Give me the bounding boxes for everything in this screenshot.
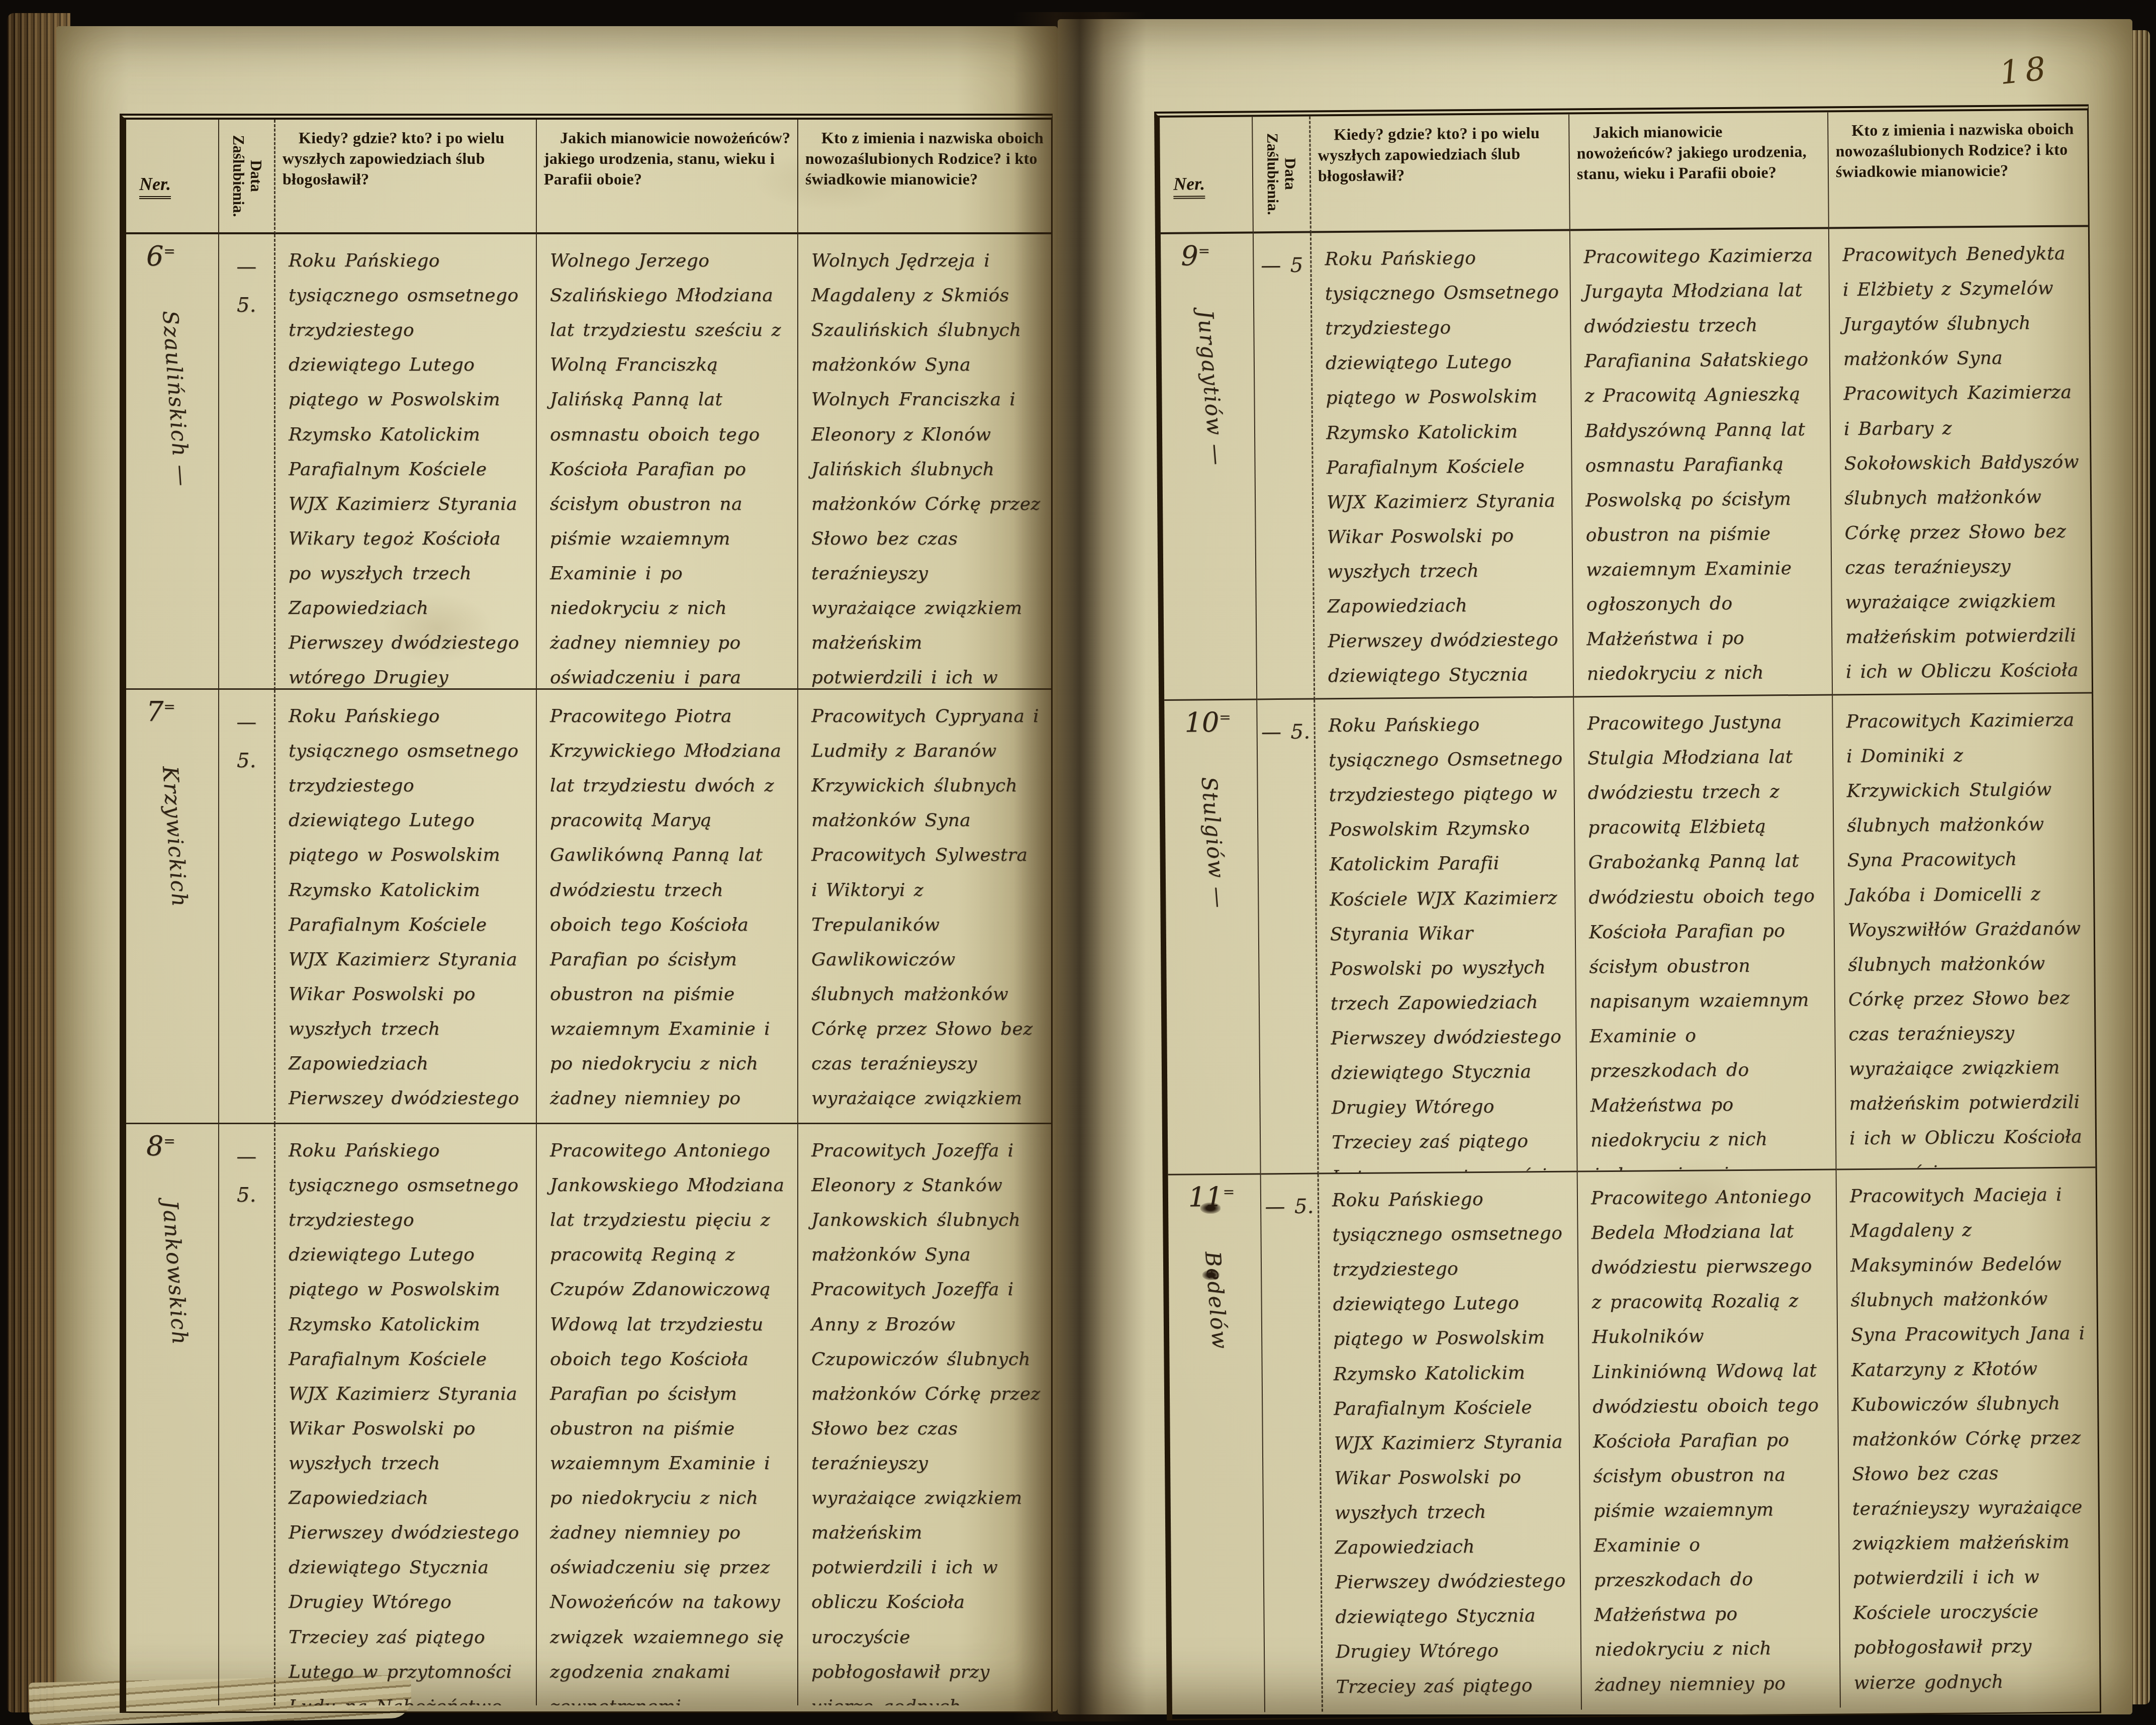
- record-9-jakich-text: Pracowitego Kazimierza Jurgayta Młodzian…: [1570, 229, 1833, 697]
- record-8-surname: Jankowskich: [158, 1200, 193, 1346]
- record-6-kto-text: Wolnych Jędrzeja i Magdaleny z Skmiós Sz…: [798, 234, 1051, 690]
- header-date-cell: Data Zaślubienia.: [219, 120, 275, 234]
- header-kiedy-cell-right: Kiedy? gdzie? kto? i po wielu wyszłych z…: [1310, 115, 1570, 233]
- header-jakich-cell: Jakich mianowicie nowożeńców? jakiego ur…: [537, 120, 798, 234]
- record-7-kiedy-text: Roku Pańskiego tysiącznego osmsetnego tr…: [275, 690, 537, 1124]
- record-8-jakich-text: Pracowitego Antoniego Jankowskiego Młodz…: [537, 1124, 798, 1705]
- header-jakich-cell-right: Jakich mianowicie nowożeńców? jakiego ur…: [1569, 112, 1829, 231]
- record-11-ner-cell: 11= Bedelów: [1168, 1174, 1265, 1712]
- record-8-number: 8=: [146, 1130, 174, 1162]
- folio-number: 18: [1998, 50, 2052, 92]
- record-9-ner-cell: 9= Jurgaytiów —: [1161, 233, 1257, 700]
- record-10-kto-text: Pracowitych Kazimierza i Dominiki z Krzy…: [1833, 693, 2095, 1170]
- record-9-date: — 5: [1254, 233, 1315, 700]
- record-10-date: — 5.: [1257, 700, 1319, 1175]
- record-11-date: — 5.: [1261, 1174, 1323, 1712]
- record-9-kto-text: Pracowitych Benedykta i Elżbiety z Szyme…: [1829, 227, 2092, 695]
- header-ner-label-right: Ner.: [1173, 173, 1205, 199]
- header-kiedy-cell: Kiedy? gdzie? kto? i po wielu wyszłych z…: [275, 120, 537, 234]
- marriage-register-table-left: Ner. Data Zaślubienia. Kiedy? gdzie? kto…: [120, 114, 1053, 1713]
- record-10-ner-cell: 10= Stulgiów —: [1164, 700, 1261, 1175]
- record-11-jakich-text: Pracowitego Antoniego Bedela Młodziana l…: [1578, 1170, 1841, 1709]
- record-11-surname: Bedelów: [1200, 1250, 1233, 1350]
- marriage-register-table-right: Ner. Data Zaślubienia. Kiedy? gdzie? kto…: [1154, 104, 2101, 1720]
- header-date-label-right: Data Zaślubienia.: [1263, 125, 1299, 224]
- header-kto-cell-right: Kto z imienia i nazwiska oboich nowozaśl…: [1828, 110, 2088, 229]
- header-kto-cell: Kto z imienia i nazwiska oboich nowozaśl…: [798, 120, 1051, 234]
- record-9-surname: Jurgaytiów —: [1193, 309, 1230, 467]
- record-6-jakich-text: Wolnego Jerzego Szalińskiego Młodziana l…: [537, 234, 798, 690]
- record-7-jakich-text: Pracowitego Piotra Krzywickiego Młodzian…: [537, 690, 798, 1124]
- header-date-label: Data Zaślubienia.: [229, 127, 264, 225]
- record-6-kiedy-text: Roku Pańskiego tysiącznego osmsetnego tr…: [275, 234, 537, 690]
- record-10-jakich-text: Pracowitego Justyna Stulgia Młodziana la…: [1574, 695, 1836, 1172]
- record-10-surname: Stulgiów —: [1197, 776, 1232, 910]
- record-11-kiedy-text: Roku Pańskiego tysiącznego osmsetnego tr…: [1319, 1172, 1582, 1711]
- record-11-kto-text: Pracowitych Macieja i Magdaleny z Maksym…: [1837, 1168, 2100, 1707]
- record-10-kiedy-text: Roku Pańskiego tysiącznego Osmsetnego tr…: [1315, 697, 1577, 1174]
- record-7-date: — 5.: [219, 690, 275, 1124]
- record-6-ner-cell: 6= Szaulińskich —: [126, 234, 219, 690]
- record-9-kiedy-text: Roku Pańskiego tysiącznego Osmsetnego tr…: [1311, 231, 1574, 700]
- header-ner-cell: Ner.: [126, 120, 219, 234]
- header-date-cell-right: Data Zaślubienia.: [1253, 117, 1311, 234]
- record-6-surname: Szaulińskich —: [158, 310, 195, 488]
- record-9-number: 9=: [1181, 240, 1209, 271]
- record-7-surname: Krzywickich: [158, 765, 193, 908]
- header-ner-cell-right: Ner.: [1160, 117, 1254, 234]
- ink-blot: [1202, 1270, 1220, 1280]
- record-6-date: — 5.: [219, 234, 275, 690]
- header-ner-label: Ner.: [139, 173, 171, 199]
- record-8-date: — 5.: [219, 1124, 275, 1705]
- record-8-ner-cell: 8= Jankowskich: [126, 1124, 219, 1705]
- ink-blot: [1200, 1203, 1221, 1214]
- record-6-number: 6=: [146, 240, 174, 272]
- book-spread-photo: 18 Ner. Data Zaślubienia. Kiedy? gdzie? …: [0, 0, 2156, 1725]
- record-7-ner-cell: 7= Krzywickich: [126, 690, 219, 1124]
- record-7-kto-text: Pracowitych Cypryana i Ludmiły z Baranów…: [798, 690, 1051, 1124]
- record-10-number: 10=: [1184, 706, 1230, 739]
- record-7-number: 7=: [146, 696, 174, 728]
- record-8-kto-text: Pracowitych Jozeffa i Eleonory z Stanków…: [798, 1124, 1051, 1705]
- record-8-kiedy-text: Roku Pańskiego tysiącznego osmsetnego tr…: [275, 1124, 537, 1705]
